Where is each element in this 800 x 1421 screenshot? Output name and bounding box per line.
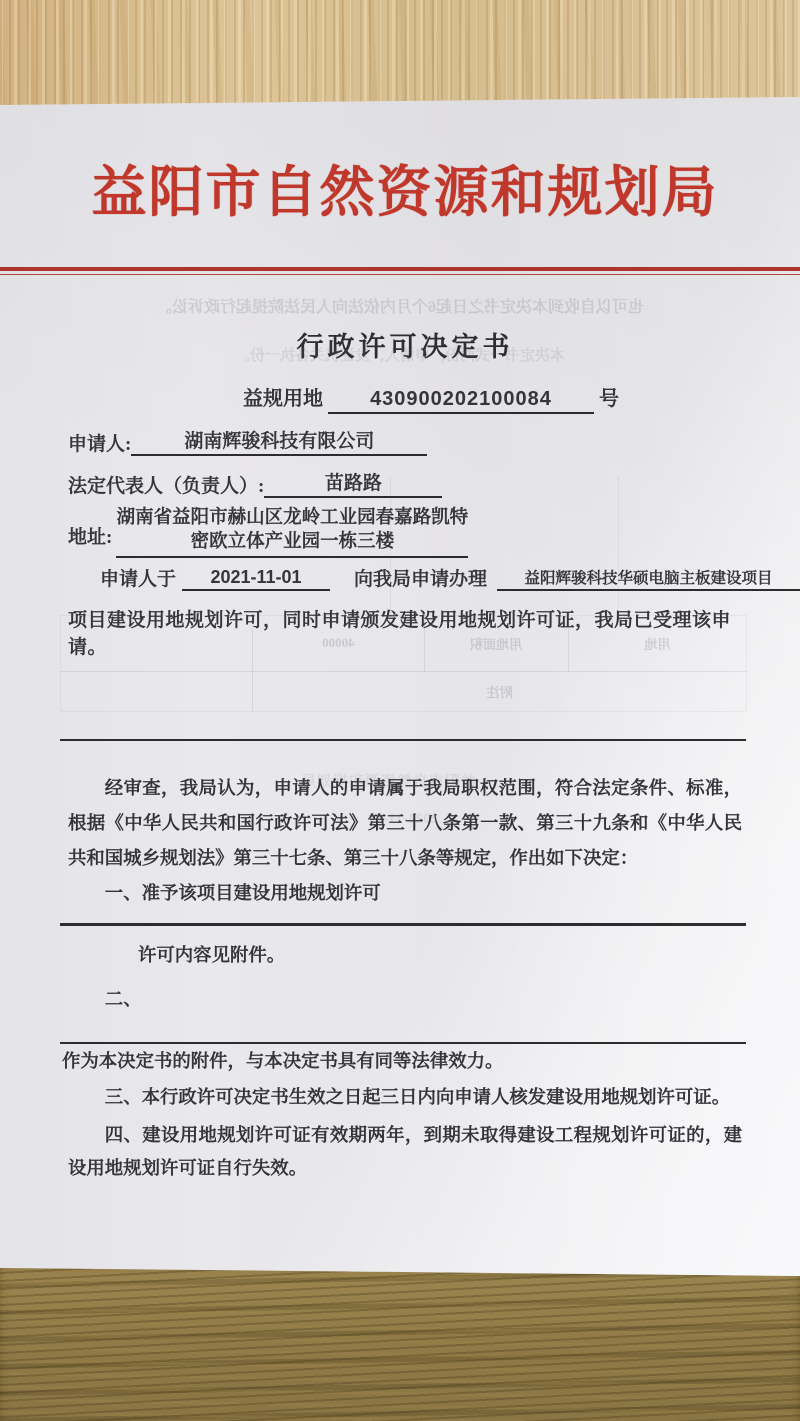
- doc-number-suffix: 号: [599, 388, 619, 410]
- address-label: 地址:: [68, 522, 112, 549]
- application-row: 申请人于 2021-11-01 向我局申请办理 益阳辉骏科技华硕电脑主板建设项目: [68, 564, 742, 591]
- bleedthrough-table-cell: 40000: [252, 615, 425, 672]
- decision-item-1: 一、准予该项目建设用地规划许可: [68, 876, 742, 911]
- applied-middle-label: 向我局申请办理: [354, 564, 487, 591]
- applicant-label: 申请人:: [68, 429, 131, 456]
- address-line-1: 湖南省益阳市赫山区龙岭工业园春嘉路凯特: [116, 506, 468, 530]
- bleedthrough-grid-line: [390, 476, 391, 618]
- bleedthrough-table-grid: 用地 用地面积 40000 附注: [60, 616, 746, 712]
- bleedthrough-table-cell: 附注: [252, 671, 747, 712]
- project-name-value: 益阳辉骏科技华硕电脑主板建设项目: [497, 566, 800, 591]
- paper-content: 也可以自收到本决定书之日起6个月内依法向人民法院提起行政诉讼。 本决定书一式两份…: [0, 158, 800, 1340]
- address-line-2: 密欧立体产业园一栋三楼: [116, 530, 468, 554]
- attachment-note: 许可内容见附件。: [68, 942, 742, 968]
- legal-rep-label: 法定代表人（负责人）:: [68, 471, 264, 498]
- red-separator-rule: [0, 267, 800, 275]
- decision-item-4: 四、建设用地规划许可证有效期两年，到期未取得建设工程规划许可证的，建设用地规划许…: [68, 1119, 742, 1185]
- bleedthrough-table-cell: [60, 615, 253, 672]
- bleedthrough-grid-line: [618, 476, 619, 618]
- decision-item-2: 二、: [68, 986, 742, 1012]
- desk-photo: { "colors": { "header_red": "#bf382b", "…: [0, 0, 800, 1421]
- doc-number-value: 430900202100084: [328, 388, 594, 414]
- applicant-row: 申请人: 湖南辉骏科技有限公司: [68, 426, 742, 456]
- bleedthrough-table-cell: 用地面积: [424, 615, 569, 672]
- section-rule-3: [60, 1042, 746, 1045]
- bleedthrough-table: 用地 用地面积 40000 附注: [60, 616, 746, 712]
- doc-number-prefix: 益规用地: [243, 388, 323, 410]
- review-paragraph: 经审查，我局认为，申请人的申请属于我局职权范围，符合法定条件、标准，根据《中华人…: [68, 771, 742, 876]
- bleedthrough-notice-line: 也可以自收到本决定书之日起6个月内依法向人民法院提起行政诉讼。: [0, 294, 800, 317]
- document-title: 行政许可决定书: [68, 325, 742, 364]
- section-rule-2: [60, 923, 746, 926]
- legal-rep-value: 苗路路: [264, 468, 442, 498]
- applied-prefix-label: 申请人于: [100, 564, 176, 591]
- decision-item-3: 三、本行政许可决定书生效之日起三日内向申请人核发建设用地规划许可证。: [68, 1084, 742, 1110]
- red-rule-thin-line: [0, 274, 800, 275]
- address-row: 地址: 湖南省益阳市赫山区龙岭工业园春嘉路凯特 密欧立体产业园一栋三楼: [68, 506, 742, 558]
- applicant-value: 湖南辉骏科技有限公司: [131, 426, 427, 456]
- bleedthrough-table-cell: 用地: [568, 615, 747, 672]
- doc-number-line: 益规用地 430900202100084 号: [94, 382, 768, 414]
- bleedthrough-table-cell: [60, 671, 253, 712]
- attachment-equal-note: 作为本决定书的附件，与本决定书具有同等法律效力。: [62, 1048, 742, 1074]
- section-rule-1: [60, 739, 746, 742]
- paper-document: 也可以自收到本决定书之日起6个月内依法向人民法院提起行政诉讼。 本决定书一式两份…: [0, 96, 800, 1278]
- wood-surface-bottom: [0, 1256, 800, 1421]
- address-value: 湖南省益阳市赫山区龙岭工业园春嘉路凯特 密欧立体产业园一栋三楼: [116, 506, 468, 558]
- red-rule-thick-line: [0, 267, 800, 271]
- legal-rep-row: 法定代表人（负责人）: 苗路路: [68, 468, 742, 498]
- agency-header: 益阳市自然资源和规划局: [48, 158, 762, 227]
- applied-date-value: 2021-11-01: [182, 567, 330, 591]
